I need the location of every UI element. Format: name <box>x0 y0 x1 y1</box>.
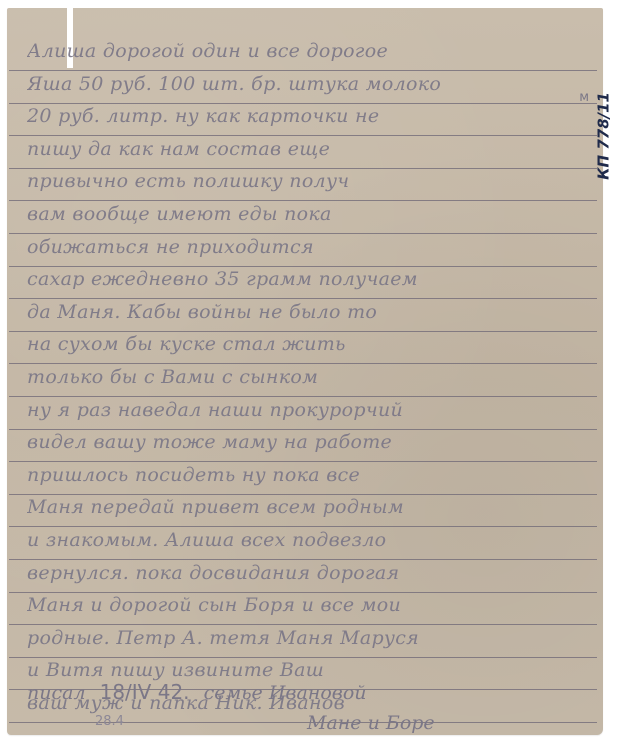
letter-line: 20 руб. литр. ну как карточки не <box>27 105 573 135</box>
closing-signature: Мане и Боре <box>307 712 435 734</box>
letter-line: сахар ежедневно 35 грамм получаем <box>27 268 573 298</box>
letter-line: Алиша дорогой один и все дорогое <box>27 40 573 70</box>
pencil-note: 28.4 <box>95 714 124 729</box>
letter-body: Алиша дорогой один и все дорогоеЯша 50 р… <box>7 8 603 735</box>
letter-date: 18/IV 42. <box>100 680 190 704</box>
letter-line: Маня и дорогой сын Боря и все мои <box>27 594 573 624</box>
letter-line: обижаться не приходится <box>27 236 573 266</box>
letter-line: привычно есть полишку получ <box>27 170 573 200</box>
letter-line: и знакомым. Алиша всех подвезло <box>27 529 573 559</box>
archive-number-stamp: КП 778/11 <box>595 92 613 180</box>
letter-line: да Маня. Кабы войны не было то <box>27 301 573 331</box>
letter-line: Маня передай привет всем родным <box>27 496 573 526</box>
closing-prefix: писал <box>27 682 86 704</box>
letter-line: на сухом бы куске стал жить <box>27 333 573 363</box>
closing-date-line: писал 18/IV 42. семье Ивановой <box>27 680 367 704</box>
letter-line: Яша 50 руб. 100 шт. бр. штука молоко <box>27 73 573 103</box>
closing-recipient: семье Ивановой <box>204 682 367 704</box>
letter-line: вам вообще имеют еды пока <box>27 203 573 233</box>
letter-line: видел вашу тоже маму на работе <box>27 431 573 461</box>
letter-line: ну я раз наведал наши прокурорчий <box>27 399 573 429</box>
letter-line: пишу да как нам состав еще <box>27 138 573 168</box>
archive-marker: м <box>579 90 589 105</box>
letter-line: пришлось посидеть ну пока все <box>27 464 573 494</box>
letter-line: родные. Петр А. тетя Маня Маруся <box>27 627 573 657</box>
letter-line: только бы с Вами с сынком <box>27 366 573 396</box>
letter-line: вернулся. пока досвидания дорогая <box>27 562 573 592</box>
letter-sheet: Алиша дорогой один и все дорогоеЯша 50 р… <box>7 8 603 735</box>
